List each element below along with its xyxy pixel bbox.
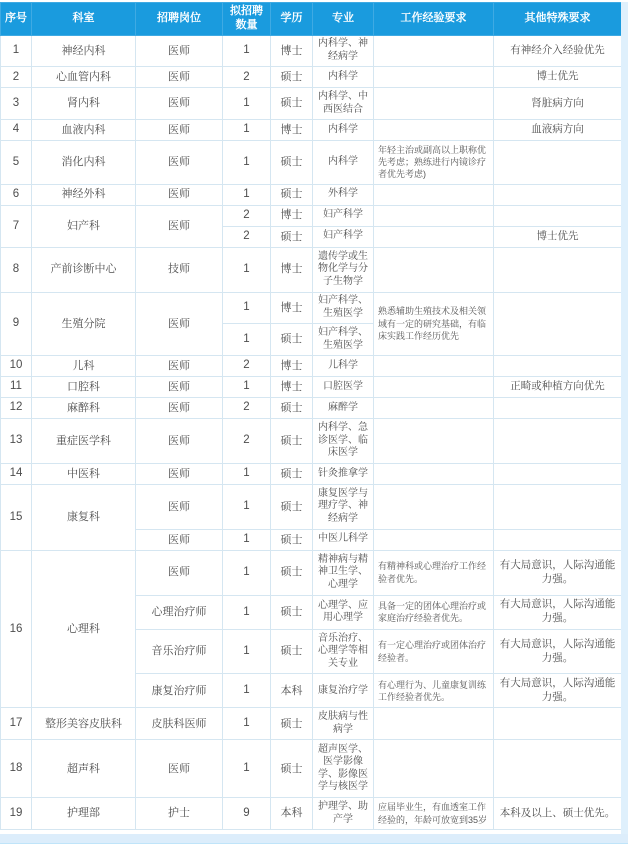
cell-position: 医师 bbox=[136, 463, 223, 484]
cell-major: 心理学、应用心理学 bbox=[313, 595, 374, 629]
cell-count: 1 bbox=[223, 463, 271, 484]
table-header: 序号科室招聘岗位拟招聘 数量学历专业工作经验要求其他特殊要求 bbox=[1, 3, 622, 36]
cell-other: 正畸或种植方向优先 bbox=[494, 376, 622, 397]
table-row: 8产前诊断中心技师1博士遗传学或生物化学与分子生物学 bbox=[1, 247, 622, 292]
cell-other bbox=[494, 463, 622, 484]
table-row: 10儿科医师2博士儿科学 bbox=[1, 355, 622, 376]
cell-exp: 熟悉辅助生殖技术及相关领域有一定的研究基础，有临床实践工作经历优先 bbox=[374, 292, 494, 355]
cell-count: 2 bbox=[223, 205, 271, 226]
table-row: 7妇产科医师2博士妇产科学 bbox=[1, 205, 622, 226]
cell-no: 17 bbox=[1, 708, 32, 740]
cell-position: 皮肤科医师 bbox=[136, 708, 223, 740]
cell-other bbox=[494, 184, 622, 205]
header-row: 序号科室招聘岗位拟招聘 数量学历专业工作经验要求其他特殊要求 bbox=[1, 3, 622, 36]
cell-exp bbox=[374, 484, 494, 529]
cell-degree: 硕士 bbox=[271, 595, 313, 629]
cell-no: 7 bbox=[1, 205, 32, 247]
cell-degree: 硕士 bbox=[271, 708, 313, 740]
cell-other bbox=[494, 205, 622, 226]
cell-major: 内科学、急诊医学、临床医学 bbox=[313, 418, 374, 463]
cell-other: 有大局意识，人际沟通能力强。 bbox=[494, 674, 622, 708]
cell-count: 1 bbox=[223, 629, 271, 674]
cell-no: 15 bbox=[1, 484, 32, 550]
cell-exp: 应届毕业生，有血透室工作经验的，年龄可放宽到35岁 bbox=[374, 798, 494, 830]
cell-position: 医师 bbox=[136, 484, 223, 529]
cell-other bbox=[494, 292, 622, 355]
cell-position: 康复治疗师 bbox=[136, 674, 223, 708]
cell-count: 2 bbox=[223, 67, 271, 88]
cell-exp bbox=[374, 205, 494, 226]
column-header-2: 招聘岗位 bbox=[136, 3, 223, 36]
cell-degree: 博士 bbox=[271, 205, 313, 226]
cell-degree: 硕士 bbox=[271, 140, 313, 184]
table-body: 1神经内科医师1博士内科学、神经病学有神经介入经验优先2心血管内科医师2硕士内科… bbox=[1, 35, 622, 830]
table-row: 15康复科医师1硕士康复医学与理疗学、神经病学 bbox=[1, 484, 622, 529]
cell-count: 1 bbox=[223, 376, 271, 397]
column-header-0: 序号 bbox=[1, 3, 32, 36]
cell-exp bbox=[374, 184, 494, 205]
cell-position: 医师 bbox=[136, 376, 223, 397]
cell-no: 19 bbox=[1, 798, 32, 830]
cell-no: 14 bbox=[1, 463, 32, 484]
cell-position: 医师 bbox=[136, 35, 223, 67]
cell-degree: 硕士 bbox=[271, 463, 313, 484]
table-row: 13重症医学科医师2硕士内科学、急诊医学、临床医学 bbox=[1, 418, 622, 463]
cell-no: 8 bbox=[1, 247, 32, 292]
cell-degree: 博士 bbox=[271, 119, 313, 140]
cell-count: 1 bbox=[223, 88, 271, 120]
cell-exp: 有精神科或心理治疗工作经验者优先。 bbox=[374, 550, 494, 595]
table-row: 14中医科医师1硕士针灸推拿学 bbox=[1, 463, 622, 484]
column-header-6: 工作经验要求 bbox=[374, 3, 494, 36]
cell-exp bbox=[374, 529, 494, 550]
cell-count: 1 bbox=[223, 595, 271, 629]
cell-position: 医师 bbox=[136, 184, 223, 205]
cell-count: 1 bbox=[223, 708, 271, 740]
cell-other bbox=[494, 140, 622, 184]
cell-degree: 硕士 bbox=[271, 324, 313, 356]
cell-no: 3 bbox=[1, 88, 32, 120]
cell-position: 心理治疗师 bbox=[136, 595, 223, 629]
cell-dept: 超声科 bbox=[32, 740, 136, 798]
table-row: 16心理科医师1硕士精神病与精神卫生学、心理学有精神科或心理治疗工作经验者优先。… bbox=[1, 550, 622, 595]
cell-major: 内科学、神经病学 bbox=[313, 35, 374, 67]
column-header-5: 专业 bbox=[313, 3, 374, 36]
cell-count: 1 bbox=[223, 740, 271, 798]
table-row: 3肾内科医师1硕士内科学、中西医结合肾脏病方向 bbox=[1, 88, 622, 120]
cell-other: 血液病方向 bbox=[494, 119, 622, 140]
cell-other bbox=[494, 418, 622, 463]
cell-exp bbox=[374, 67, 494, 88]
cell-dept: 肾内科 bbox=[32, 88, 136, 120]
cell-count: 1 bbox=[223, 292, 271, 324]
cell-degree: 硕士 bbox=[271, 88, 313, 120]
table-row: 9生殖分院医师1博士妇产科学、生殖医学熟悉辅助生殖技术及相关领域有一定的研究基础… bbox=[1, 292, 622, 324]
cell-no: 10 bbox=[1, 355, 32, 376]
cell-position: 医师 bbox=[136, 529, 223, 550]
cell-count: 1 bbox=[223, 550, 271, 595]
cell-position: 技师 bbox=[136, 247, 223, 292]
cell-dept: 神经外科 bbox=[32, 184, 136, 205]
cell-exp: 有一定心理治疗或团体治疗经验者。 bbox=[374, 629, 494, 674]
cell-exp bbox=[374, 119, 494, 140]
cell-exp bbox=[374, 88, 494, 120]
cell-exp: 年轻主治或副高以上职称优先考虑；熟练进行内镜诊疗者优先考虑) bbox=[374, 140, 494, 184]
cell-exp bbox=[374, 397, 494, 418]
cell-other: 有大局意识，人际沟通能力强。 bbox=[494, 595, 622, 629]
cell-position: 医师 bbox=[136, 292, 223, 355]
cell-no: 18 bbox=[1, 740, 32, 798]
cell-exp: 具备一定的团体心理治疗或家庭治疗经验者优先。 bbox=[374, 595, 494, 629]
cell-major: 康复医学与理疗学、神经病学 bbox=[313, 484, 374, 529]
cell-position: 医师 bbox=[136, 397, 223, 418]
cell-major: 内科学 bbox=[313, 140, 374, 184]
cell-other bbox=[494, 355, 622, 376]
right-edge-strip bbox=[621, 2, 628, 844]
cell-dept: 康复科 bbox=[32, 484, 136, 550]
cell-major: 超声医学、医学影像学、影像医学与核医学 bbox=[313, 740, 374, 798]
cell-position: 音乐治疗师 bbox=[136, 629, 223, 674]
cell-degree: 硕士 bbox=[271, 226, 313, 247]
cell-exp bbox=[374, 376, 494, 397]
cell-position: 医师 bbox=[136, 140, 223, 184]
cell-position: 护士 bbox=[136, 798, 223, 830]
cell-count: 2 bbox=[223, 418, 271, 463]
cell-dept: 妇产科 bbox=[32, 205, 136, 247]
cell-no: 9 bbox=[1, 292, 32, 355]
cell-dept: 消化内科 bbox=[32, 140, 136, 184]
cell-count: 1 bbox=[223, 35, 271, 67]
cell-degree: 硕士 bbox=[271, 740, 313, 798]
table-row: 2心血管内科医师2硕士内科学博士优先 bbox=[1, 67, 622, 88]
cell-exp bbox=[374, 355, 494, 376]
cell-exp bbox=[374, 463, 494, 484]
cell-count: 1 bbox=[223, 529, 271, 550]
cell-count: 1 bbox=[223, 184, 271, 205]
cell-degree: 硕士 bbox=[271, 67, 313, 88]
cell-major: 康复治疗学 bbox=[313, 674, 374, 708]
cell-degree: 本科 bbox=[271, 798, 313, 830]
cell-exp bbox=[374, 418, 494, 463]
cell-exp bbox=[374, 35, 494, 67]
cell-major: 遗传学或生物化学与分子生物学 bbox=[313, 247, 374, 292]
cell-dept: 心理科 bbox=[32, 550, 136, 708]
cell-other bbox=[494, 484, 622, 529]
cell-dept: 整形美容皮肤科 bbox=[32, 708, 136, 740]
cell-position: 医师 bbox=[136, 550, 223, 595]
cell-position: 医师 bbox=[136, 119, 223, 140]
cell-no: 5 bbox=[1, 140, 32, 184]
cell-other bbox=[494, 529, 622, 550]
cell-degree: 硕士 bbox=[271, 550, 313, 595]
cell-position: 医师 bbox=[136, 67, 223, 88]
cell-degree: 硕士 bbox=[271, 418, 313, 463]
table-row: 12麻醉科医师2硕士麻醉学 bbox=[1, 397, 622, 418]
cell-major: 妇产科学 bbox=[313, 205, 374, 226]
cell-degree: 博士 bbox=[271, 355, 313, 376]
cell-position: 医师 bbox=[136, 205, 223, 247]
cell-major: 儿科学 bbox=[313, 355, 374, 376]
cell-count: 1 bbox=[223, 484, 271, 529]
cell-dept: 重症医学科 bbox=[32, 418, 136, 463]
cell-no: 16 bbox=[1, 550, 32, 708]
column-header-1: 科室 bbox=[32, 3, 136, 36]
cell-major: 内科学 bbox=[313, 119, 374, 140]
cell-degree: 博士 bbox=[271, 292, 313, 324]
table-row: 11口腔科医师1博士口腔医学正畸或种植方向优先 bbox=[1, 376, 622, 397]
cell-dept: 护理部 bbox=[32, 798, 136, 830]
cell-major: 精神病与精神卫生学、心理学 bbox=[313, 550, 374, 595]
table-row: 19护理部护士9本科护理学、助产学应届毕业生，有血透室工作经验的，年龄可放宽到3… bbox=[1, 798, 622, 830]
cell-major: 麻醉学 bbox=[313, 397, 374, 418]
cell-other: 肾脏病方向 bbox=[494, 88, 622, 120]
cell-other bbox=[494, 708, 622, 740]
table-row: 4血液内科医师1博士内科学血液病方向 bbox=[1, 119, 622, 140]
cell-count: 1 bbox=[223, 140, 271, 184]
cell-count: 1 bbox=[223, 247, 271, 292]
cell-no: 1 bbox=[1, 35, 32, 67]
cell-count: 2 bbox=[223, 397, 271, 418]
cell-major: 口腔医学 bbox=[313, 376, 374, 397]
table-row: 5消化内科医师1硕士内科学年轻主治或副高以上职称优先考虑；熟练进行内镜诊疗者优先… bbox=[1, 140, 622, 184]
cell-no: 6 bbox=[1, 184, 32, 205]
cell-count: 1 bbox=[223, 324, 271, 356]
cell-dept: 心血管内科 bbox=[32, 67, 136, 88]
cell-major: 妇产科学、生殖医学 bbox=[313, 292, 374, 324]
cell-degree: 硕士 bbox=[271, 184, 313, 205]
recruitment-table-page: 序号科室招聘岗位拟招聘 数量学历专业工作经验要求其他特殊要求 1神经内科医师1博… bbox=[0, 2, 628, 844]
cell-exp bbox=[374, 226, 494, 247]
cell-exp bbox=[374, 740, 494, 798]
cell-other bbox=[494, 247, 622, 292]
cell-no: 12 bbox=[1, 397, 32, 418]
table-row: 18超声科医师1硕士超声医学、医学影像学、影像医学与核医学 bbox=[1, 740, 622, 798]
cell-dept: 麻醉科 bbox=[32, 397, 136, 418]
column-header-3: 拟招聘 数量 bbox=[223, 3, 271, 36]
table-row: 1神经内科医师1博士内科学、神经病学有神经介入经验优先 bbox=[1, 35, 622, 67]
cell-count: 2 bbox=[223, 226, 271, 247]
cell-no: 2 bbox=[1, 67, 32, 88]
cell-other: 有大局意识，人际沟通能力强。 bbox=[494, 629, 622, 674]
cell-major: 妇产科学 bbox=[313, 226, 374, 247]
cell-major: 护理学、助产学 bbox=[313, 798, 374, 830]
cell-degree: 本科 bbox=[271, 674, 313, 708]
cell-no: 4 bbox=[1, 119, 32, 140]
cell-dept: 血液内科 bbox=[32, 119, 136, 140]
cell-major: 针灸推拿学 bbox=[313, 463, 374, 484]
column-header-7: 其他特殊要求 bbox=[494, 3, 622, 36]
cell-major: 音乐治疗、心理学等相关专业 bbox=[313, 629, 374, 674]
cell-major: 内科学 bbox=[313, 67, 374, 88]
cell-major: 内科学、中西医结合 bbox=[313, 88, 374, 120]
cell-position: 医师 bbox=[136, 740, 223, 798]
cell-count: 1 bbox=[223, 674, 271, 708]
cell-no: 13 bbox=[1, 418, 32, 463]
table-row: 6神经外科医师1硕士外科学 bbox=[1, 184, 622, 205]
cell-dept: 产前诊断中心 bbox=[32, 247, 136, 292]
cell-dept: 中医科 bbox=[32, 463, 136, 484]
cell-position: 医师 bbox=[136, 418, 223, 463]
cell-count: 2 bbox=[223, 355, 271, 376]
recruitment-table: 序号科室招聘岗位拟招聘 数量学历专业工作经验要求其他特殊要求 1神经内科医师1博… bbox=[0, 2, 622, 830]
cell-dept: 口腔科 bbox=[32, 376, 136, 397]
cell-exp bbox=[374, 708, 494, 740]
cell-position: 医师 bbox=[136, 355, 223, 376]
cell-dept: 神经内科 bbox=[32, 35, 136, 67]
cell-other: 本科及以上、硕士优先。 bbox=[494, 798, 622, 830]
cell-degree: 硕士 bbox=[271, 629, 313, 674]
column-header-4: 学历 bbox=[271, 3, 313, 36]
cell-degree: 硕士 bbox=[271, 529, 313, 550]
cell-other: 博士优先 bbox=[494, 67, 622, 88]
cell-degree: 硕士 bbox=[271, 484, 313, 529]
cell-other bbox=[494, 740, 622, 798]
cell-other: 博士优先 bbox=[494, 226, 622, 247]
cell-count: 1 bbox=[223, 119, 271, 140]
cell-no: 11 bbox=[1, 376, 32, 397]
cell-degree: 博士 bbox=[271, 376, 313, 397]
cell-major: 外科学 bbox=[313, 184, 374, 205]
cell-count: 9 bbox=[223, 798, 271, 830]
table-row: 17整形美容皮肤科皮肤科医师1硕士皮肤病与性病学 bbox=[1, 708, 622, 740]
cell-exp: 有心理行为、儿童康复训练工作经验者优先。 bbox=[374, 674, 494, 708]
cell-degree: 博士 bbox=[271, 35, 313, 67]
cell-other: 有神经介入经验优先 bbox=[494, 35, 622, 67]
cell-major: 中医儿科学 bbox=[313, 529, 374, 550]
cell-dept: 生殖分院 bbox=[32, 292, 136, 355]
cell-position: 医师 bbox=[136, 88, 223, 120]
cell-major: 皮肤病与性病学 bbox=[313, 708, 374, 740]
cell-exp bbox=[374, 247, 494, 292]
cell-major: 妇产科学、生殖医学 bbox=[313, 324, 374, 356]
cell-degree: 硕士 bbox=[271, 397, 313, 418]
cell-other: 有大局意识，人际沟通能力强。 bbox=[494, 550, 622, 595]
cell-dept: 儿科 bbox=[32, 355, 136, 376]
cell-other bbox=[494, 397, 622, 418]
cell-degree: 博士 bbox=[271, 247, 313, 292]
bottom-bar bbox=[0, 834, 628, 844]
